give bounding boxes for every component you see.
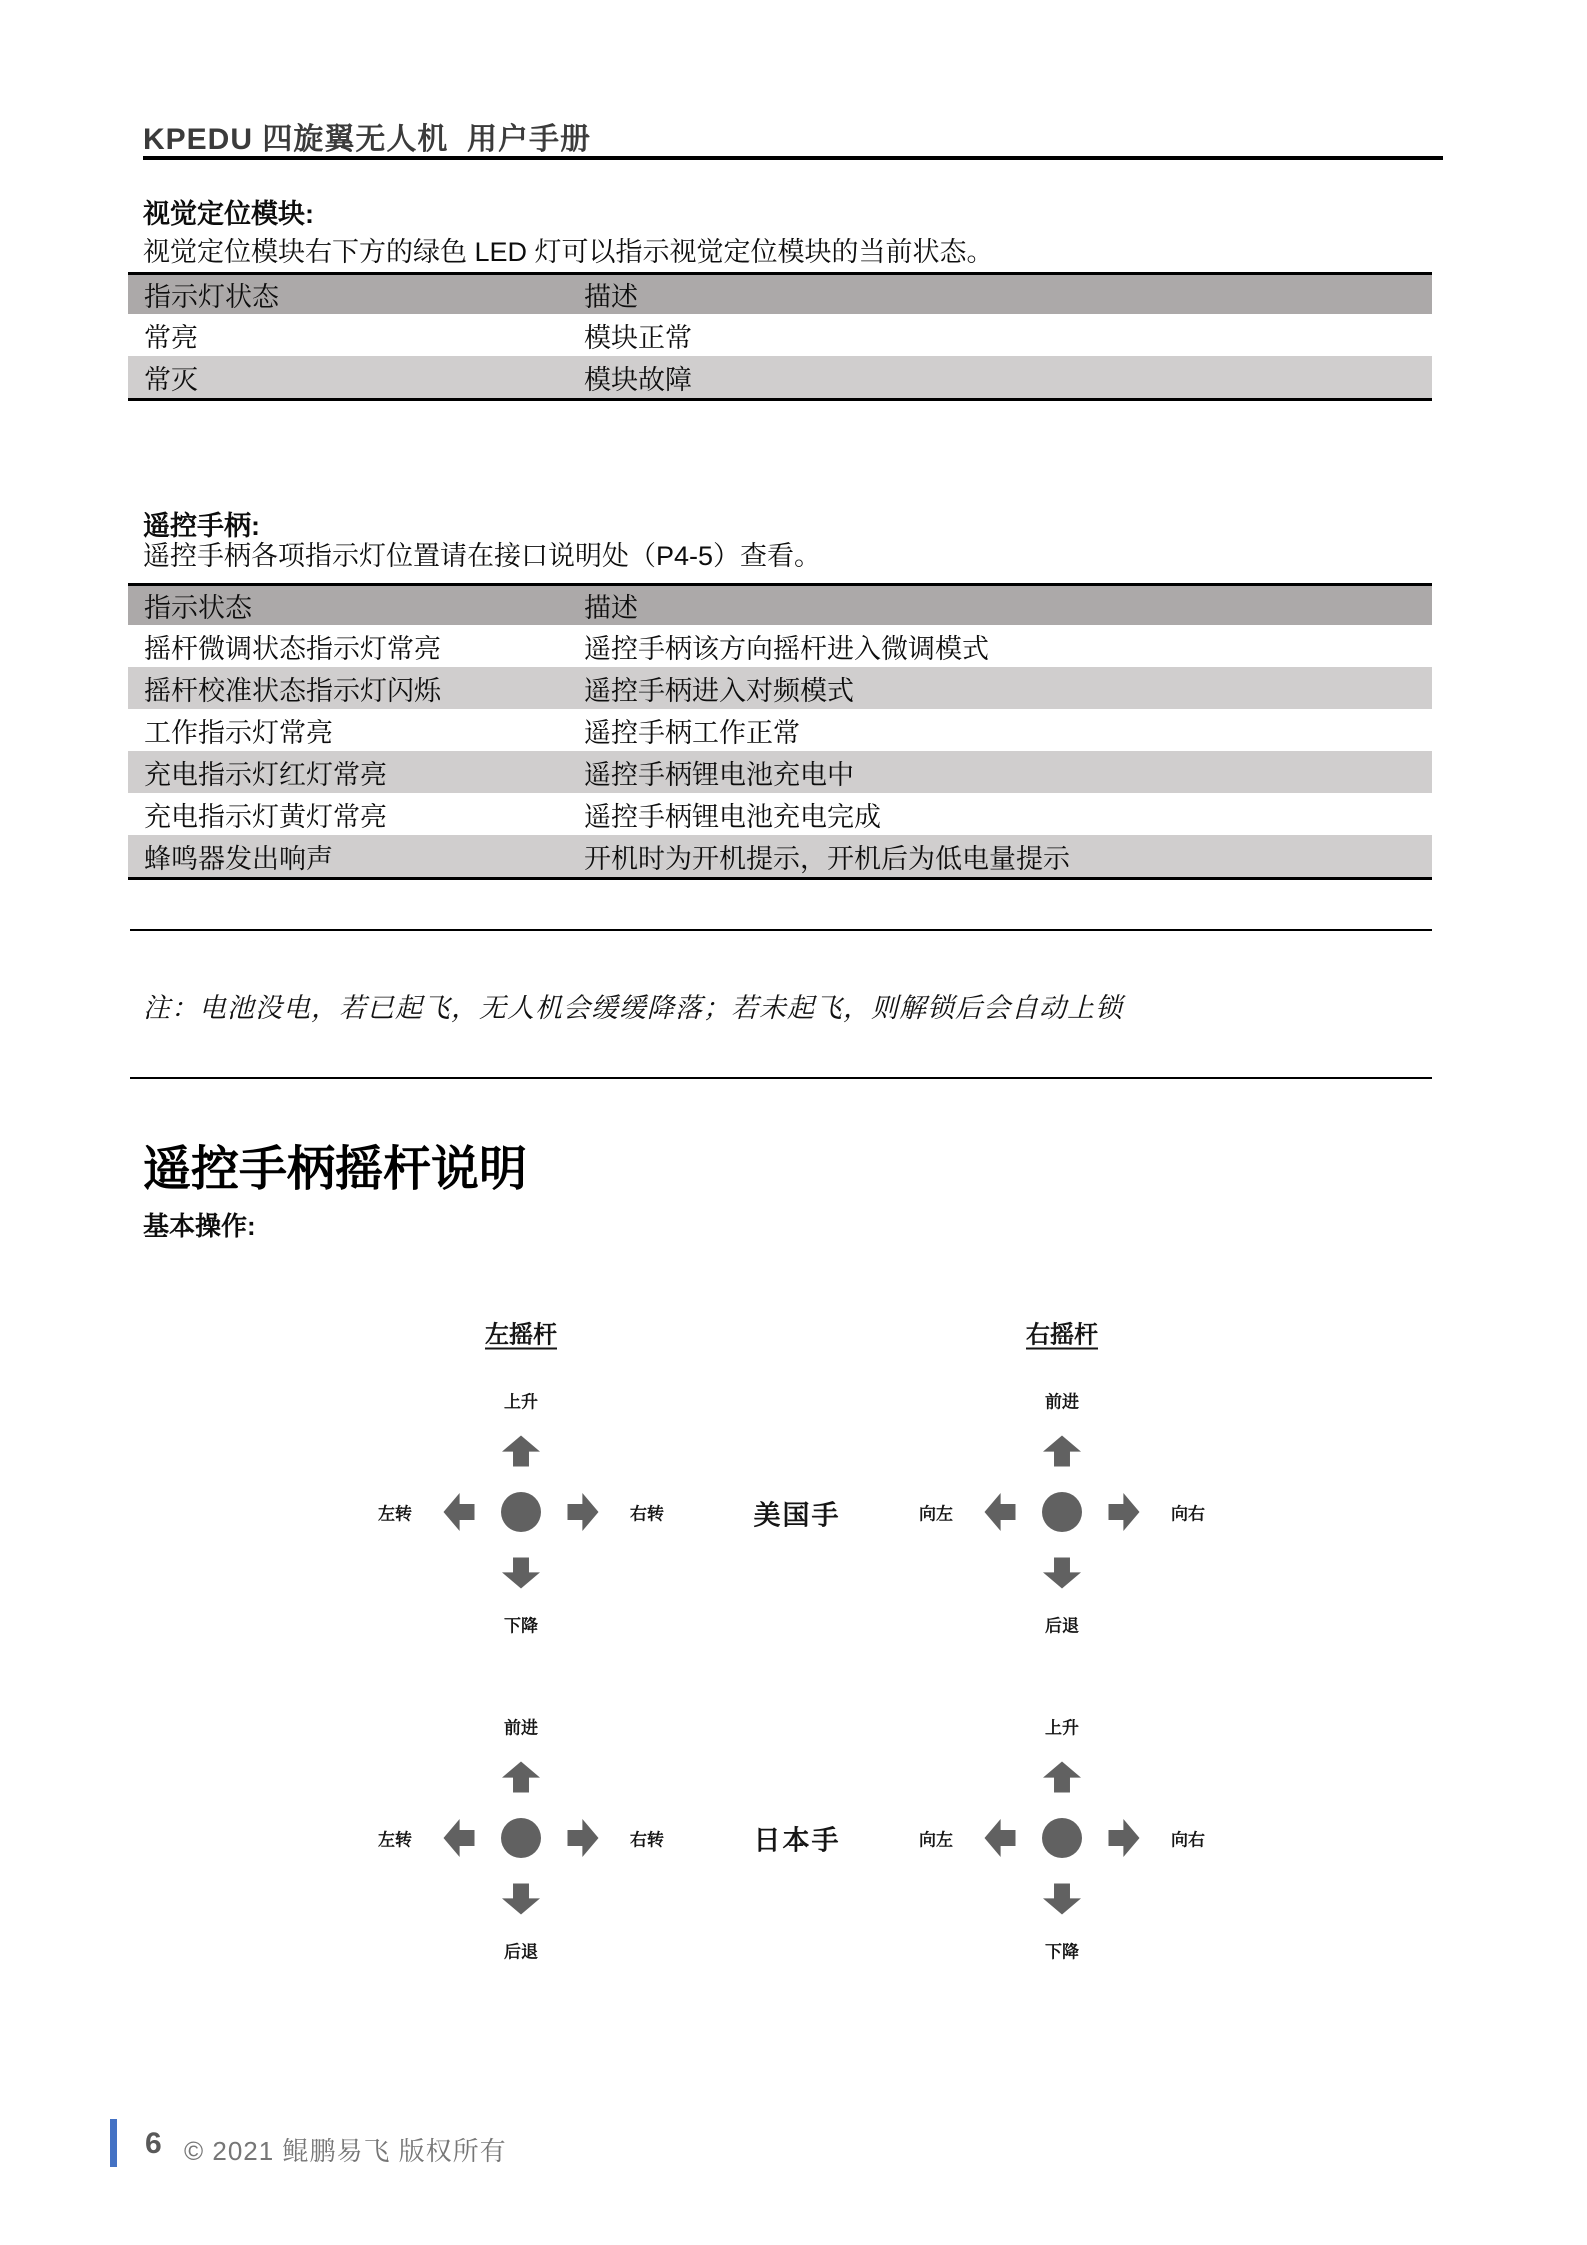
stick-label-left: 向左 (919, 1826, 953, 1851)
cell-description: 遥控手柄锂电池充电中 (568, 751, 1432, 793)
note-top-rule (130, 929, 1432, 931)
arrow-up-icon (502, 1436, 540, 1467)
arrow-down-icon (502, 1884, 540, 1915)
cell-description: 遥控手柄工作正常 (568, 709, 1432, 751)
cell-description: 遥控手柄进入对频模式 (568, 667, 1432, 709)
joystick-american-right: 前进 向左 向右 后退 (912, 1382, 1212, 1642)
arrow-right-icon (1109, 1819, 1140, 1857)
manual-page: KPEDU 四旋翼无人机 用户手册 视觉定位模块: 视觉定位模块右下方的绿色 L… (0, 0, 1587, 2245)
doc-header-title: KPEDU 四旋翼无人机 用户手册 (143, 114, 591, 158)
stick-knob-icon (501, 1492, 541, 1532)
cell-state: 充电指示灯红灯常亮 (128, 751, 568, 793)
stick-knob-icon (1042, 1818, 1082, 1858)
cell-description: 遥控手柄该方向摇杆进入微调模式 (568, 625, 1432, 667)
right-stick-title: 右摇杆 (1026, 1315, 1098, 1350)
cell-description: 开机时为开机提示，开机后为低电量提示 (568, 835, 1432, 879)
arrow-left-icon (985, 1493, 1016, 1531)
remote-status-table: 指示状态 描述 摇杆微调状态指示灯常亮 遥控手柄该方向摇杆进入微调模式 摇杆校准… (128, 583, 1432, 880)
table-header-row: 指示状态 描述 (128, 585, 1432, 626)
joystick-american-left: 上升 左转 右转 下降 (371, 1382, 671, 1642)
note-bottom-rule (130, 1077, 1432, 1079)
joystick-japanese-left: 前进 左转 右转 后退 (371, 1708, 671, 1968)
basic-operation-label: 基本操作: (143, 1206, 256, 1243)
arrow-left-icon (444, 1819, 475, 1857)
arrow-down-icon (1043, 1558, 1081, 1589)
stick-label-down: 下降 (504, 1612, 538, 1637)
mode-label-american: 美国手 (754, 1494, 841, 1533)
stick-label-left: 向左 (919, 1500, 953, 1525)
stick-label-down: 后退 (1045, 1612, 1079, 1637)
arrow-up-icon (1043, 1762, 1081, 1793)
joystick-japanese-right: 上升 向左 向右 下降 (912, 1708, 1212, 1968)
arrow-up-icon (502, 1762, 540, 1793)
arrow-right-icon (568, 1819, 599, 1857)
battery-note: 注：电池没电，若已起飞，无人机会缓缓降落；若未起飞，则解锁后会自动上锁 (143, 986, 1123, 1025)
column-header-state: 指示灯状态 (128, 274, 568, 315)
stick-label-up: 上升 (504, 1388, 538, 1413)
stick-knob-icon (1042, 1492, 1082, 1532)
table-row: 常灭 模块故障 (128, 356, 1432, 400)
table-row: 充电指示灯黄灯常亮 遥控手柄锂电池充电完成 (128, 793, 1432, 835)
column-header-state: 指示状态 (128, 585, 568, 626)
table-row: 摇杆校准状态指示灯闪烁 遥控手柄进入对频模式 (128, 667, 1432, 709)
vision-section-heading: 视觉定位模块: (143, 192, 314, 231)
vision-section-body: 视觉定位模块右下方的绿色 LED 灯可以指示视觉定位模块的当前状态。 (143, 236, 994, 268)
stick-label-right: 向右 (1171, 1826, 1205, 1851)
stick-label-up: 前进 (504, 1714, 538, 1739)
table-row: 摇杆微调状态指示灯常亮 遥控手柄该方向摇杆进入微调模式 (128, 625, 1432, 667)
vision-status-table: 指示灯状态 描述 常亮 模块正常 常灭 模块故障 (128, 272, 1432, 401)
cell-state: 蜂鸣器发出响声 (128, 835, 568, 879)
cell-state: 充电指示灯黄灯常亮 (128, 793, 568, 835)
cell-description: 遥控手柄锂电池充电完成 (568, 793, 1432, 835)
table-row: 蜂鸣器发出响声 开机时为开机提示，开机后为低电量提示 (128, 835, 1432, 879)
cell-description: 模块故障 (568, 356, 1432, 400)
cell-state: 工作指示灯常亮 (128, 709, 568, 751)
stick-section-title: 遥控手柄摇杆说明 (143, 1130, 527, 1199)
cell-description: 模块正常 (568, 314, 1432, 356)
arrow-left-icon (985, 1819, 1016, 1857)
stick-label-right: 向右 (1171, 1500, 1205, 1525)
arrow-up-icon (1043, 1436, 1081, 1467)
remote-section-heading: 遥控手柄: (143, 504, 260, 543)
stick-knob-icon (501, 1818, 541, 1858)
column-header-description: 描述 (568, 585, 1432, 626)
stick-label-down: 下降 (1045, 1938, 1079, 1963)
cell-state: 摇杆微调状态指示灯常亮 (128, 625, 568, 667)
table-header-row: 指示灯状态 描述 (128, 274, 1432, 315)
arrow-down-icon (502, 1558, 540, 1589)
table-row: 工作指示灯常亮 遥控手柄工作正常 (128, 709, 1432, 751)
remote-section-body: 遥控手柄各项指示灯位置请在接口说明处（P4-5）查看。 (143, 540, 821, 572)
copyright-text: © 2021 鲲鹏易飞 版权所有 (184, 2131, 507, 2168)
header-rule (143, 156, 1443, 160)
stick-label-left: 左转 (378, 1826, 412, 1851)
table-row: 充电指示灯红灯常亮 遥控手柄锂电池充电中 (128, 751, 1432, 793)
arrow-left-icon (444, 1493, 475, 1531)
arrow-down-icon (1043, 1884, 1081, 1915)
stick-label-up: 上升 (1045, 1714, 1079, 1739)
table-row: 常亮 模块正常 (128, 314, 1432, 356)
mode-label-japanese: 日本手 (754, 1819, 841, 1858)
left-stick-title: 左摇杆 (485, 1315, 557, 1350)
cell-state: 常亮 (128, 314, 568, 356)
stick-label-up: 前进 (1045, 1388, 1079, 1413)
arrow-right-icon (568, 1493, 599, 1531)
stick-label-left: 左转 (378, 1500, 412, 1525)
cell-state: 常灭 (128, 356, 568, 400)
footer-accent-bar (110, 2119, 117, 2167)
stick-label-right: 右转 (630, 1826, 664, 1851)
cell-state: 摇杆校准状态指示灯闪烁 (128, 667, 568, 709)
stick-label-right: 右转 (630, 1500, 664, 1525)
stick-label-down: 后退 (504, 1938, 538, 1963)
arrow-right-icon (1109, 1493, 1140, 1531)
column-header-description: 描述 (568, 274, 1432, 315)
page-number: 6 (145, 2127, 162, 2161)
